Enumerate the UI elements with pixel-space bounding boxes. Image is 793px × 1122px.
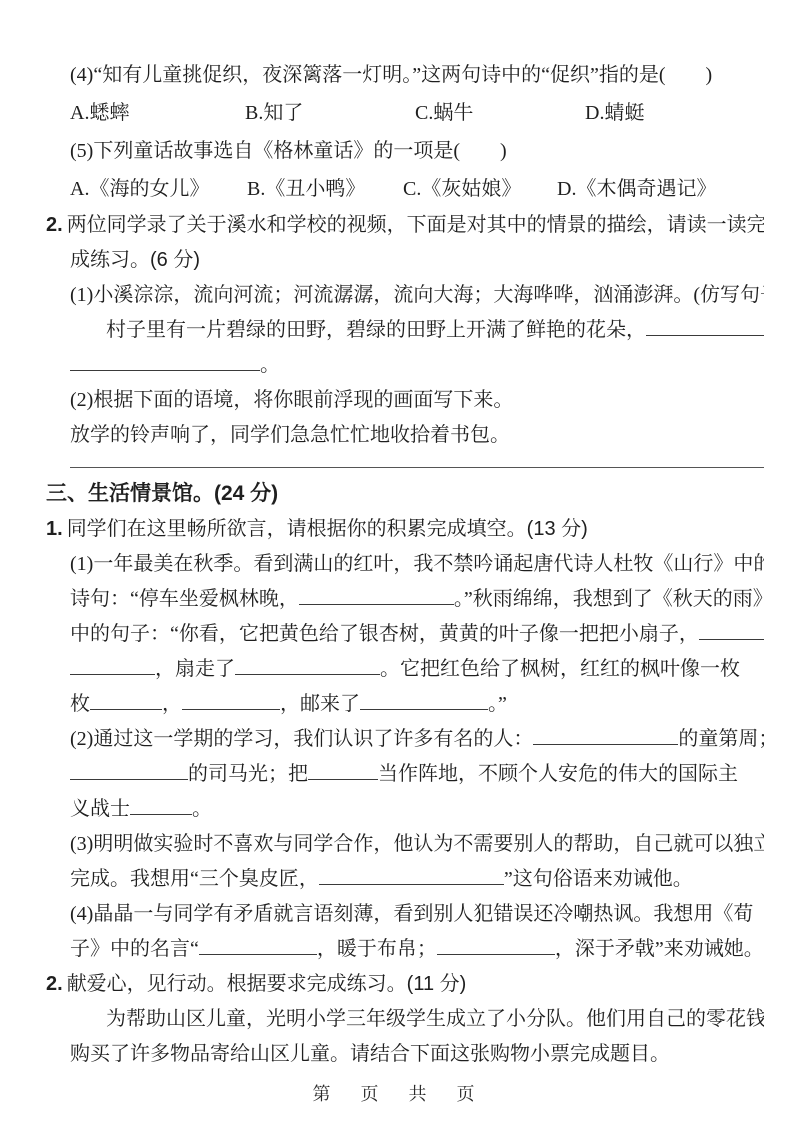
answer-blank bbox=[437, 951, 555, 955]
answer-blank bbox=[90, 706, 162, 710]
answer-blank bbox=[70, 776, 188, 780]
answer-blank bbox=[70, 671, 155, 675]
sub-question-2: (2)根据下面的语境，将你眼前浮现的画面写下来。 bbox=[70, 383, 764, 418]
answer-blank bbox=[182, 706, 280, 710]
s3q1-sub1-line1: (1)一年最美在秋季。看到满山的红叶，我不禁吟诵起唐代诗人杜牧《山行》中的 bbox=[70, 547, 764, 582]
s3q1-sub1-line4: ，扇走了。它把红色给了枫树，红红的枫叶像一枚 bbox=[70, 652, 764, 687]
answer-blank bbox=[235, 671, 380, 675]
answer-line bbox=[70, 453, 764, 468]
option-b: B.知了 bbox=[245, 94, 415, 132]
question-4-stem-text: (4)“知有儿童挑促织，夜深篱落一灯明。”这两句诗中的“促织”指的是( ) bbox=[70, 64, 712, 86]
s3q1-sub1-line2: 诗句：“停车坐爱枫林晚，。”秋雨绵绵，我想到了《秋天的雨》 bbox=[70, 582, 764, 617]
question-2-stem-line2: 成练习。(6 分) bbox=[70, 243, 764, 278]
s3q1-sub4-line2: 子》中的名言“，暖于布帛；，深于矛戟”来劝诫她。 bbox=[70, 932, 764, 967]
page-footer: 第 页 共 页 bbox=[0, 1080, 793, 1106]
option-a: A.蟋蟀 bbox=[70, 94, 245, 132]
answer-blank bbox=[533, 741, 678, 745]
question-2-stem-line1: 2.两位同学录了关于溪水和学校的视频，下面是对其中的情景的描绘，请读一读完 bbox=[46, 208, 764, 243]
option-c: C.蜗牛 bbox=[415, 94, 585, 132]
question-4-options: A.蟋蟀 B.知了 C.蜗牛 D.蜻蜓 bbox=[70, 94, 764, 132]
s3q1-sub2-line2: 的司马光；把当作阵地，不顾个人安危的伟大的国际主 bbox=[70, 757, 764, 792]
s3-question-1-stem: 1.同学们在这里畅所欲言，请根据你的积累完成填空。(13 分) bbox=[46, 512, 764, 547]
answer-blank bbox=[646, 332, 764, 336]
question-5-stem-text: (5)下列童话故事选自《格林童话》的一项是( ) bbox=[70, 140, 507, 162]
answer-blank bbox=[70, 367, 260, 371]
s3q1-sub2-line1: (2)通过这一学期的学习，我们认识了许多有名的人：的童第周； bbox=[70, 722, 764, 757]
option-d: D.《木偶奇遇记》 bbox=[557, 170, 716, 208]
section-3-heading: 三、生活情景馆。(24 分) bbox=[46, 476, 764, 512]
answer-blank bbox=[308, 776, 378, 780]
sub-question-1: (1)小溪淙淙，流向河流；河流潺潺，流向大海；大海哗哗，汹涌澎湃。(仿写句子) bbox=[70, 278, 764, 313]
s3q2-paragraph-line2: 购买了许多物品寄给山区儿童。请结合下面这张购物小票完成题目。 bbox=[70, 1037, 764, 1072]
option-b: B.《丑小鸭》 bbox=[247, 170, 403, 208]
question-2-stem-text: 两位同学录了关于溪水和学校的视频，下面是对其中的情景的描绘，请读一读完 bbox=[67, 214, 764, 236]
s3q1-sub2-line3: 义战士。 bbox=[70, 792, 764, 827]
question-number: 2. bbox=[46, 973, 63, 995]
s3q1-sub3-line2: 完成。我想用“三个臭皮匠，”这句俗语来劝诫他。 bbox=[70, 862, 764, 897]
answer-blank bbox=[130, 811, 192, 815]
exam-page: (4)“知有儿童挑促织，夜深篱落一灯明。”这两句诗中的“促织”指的是( ) A.… bbox=[0, 0, 793, 1122]
question-4-stem: (4)“知有儿童挑促织，夜深篱落一灯明。”这两句诗中的“促织”指的是( ) bbox=[70, 56, 764, 94]
question-number: 2. bbox=[46, 214, 63, 236]
answer-blank bbox=[360, 706, 488, 710]
s3q1-sub1-line3: 中的句子：“你看，它把黄色给了银杏树，黄黄的叶子像一把把小扇子， bbox=[70, 617, 764, 652]
s3q2-paragraph-line1: 为帮助山区儿童，光明小学三年级学生成立了小分队。他们用自己的零花钱 bbox=[70, 1002, 764, 1037]
question-5-options: A.《海的女儿》 B.《丑小鸭》 C.《灰姑娘》 D.《木偶奇遇记》 bbox=[70, 170, 764, 208]
option-d: D.蜻蜓 bbox=[585, 94, 644, 132]
answer-blank bbox=[199, 951, 317, 955]
option-c: C.《灰姑娘》 bbox=[403, 170, 557, 208]
answer-blank bbox=[699, 636, 764, 640]
s3q1-sub1-line5: 枚，，邮来了。” bbox=[70, 687, 764, 722]
exam-content: (4)“知有儿童挑促织，夜深篱落一灯明。”这两句诗中的“促织”指的是( ) A.… bbox=[70, 56, 764, 1072]
question-5-stem: (5)下列童话故事选自《格林童话》的一项是( ) bbox=[70, 132, 764, 170]
answer-blank bbox=[319, 881, 504, 885]
question-number: 1. bbox=[46, 518, 63, 540]
s3q1-sub3-line1: (3)明明做实验时不喜欢与同学合作，他认为不需要别人的帮助，自己就可以独立 bbox=[70, 827, 764, 862]
answer-blank bbox=[299, 601, 454, 605]
s3q1-sub4-line1: (4)晶晶一与同学有矛盾就言语刻薄，看到别人犯错误还冷嘲热讽。我想用《荀 bbox=[70, 897, 764, 932]
option-a: A.《海的女儿》 bbox=[70, 170, 247, 208]
s3-question-2-stem: 2.献爱心，见行动。根据要求完成练习。(11 分) bbox=[46, 967, 764, 1002]
sub-question-1-fill-line1: 村子里有一片碧绿的田野，碧绿的田野上开满了鲜艳的花朵， bbox=[70, 313, 764, 348]
sub-question-1-fill-line2: 。 bbox=[70, 348, 764, 383]
sub-question-2-context: 放学的铃声响了，同学们急急忙忙地收拾着书包。 bbox=[70, 418, 764, 453]
